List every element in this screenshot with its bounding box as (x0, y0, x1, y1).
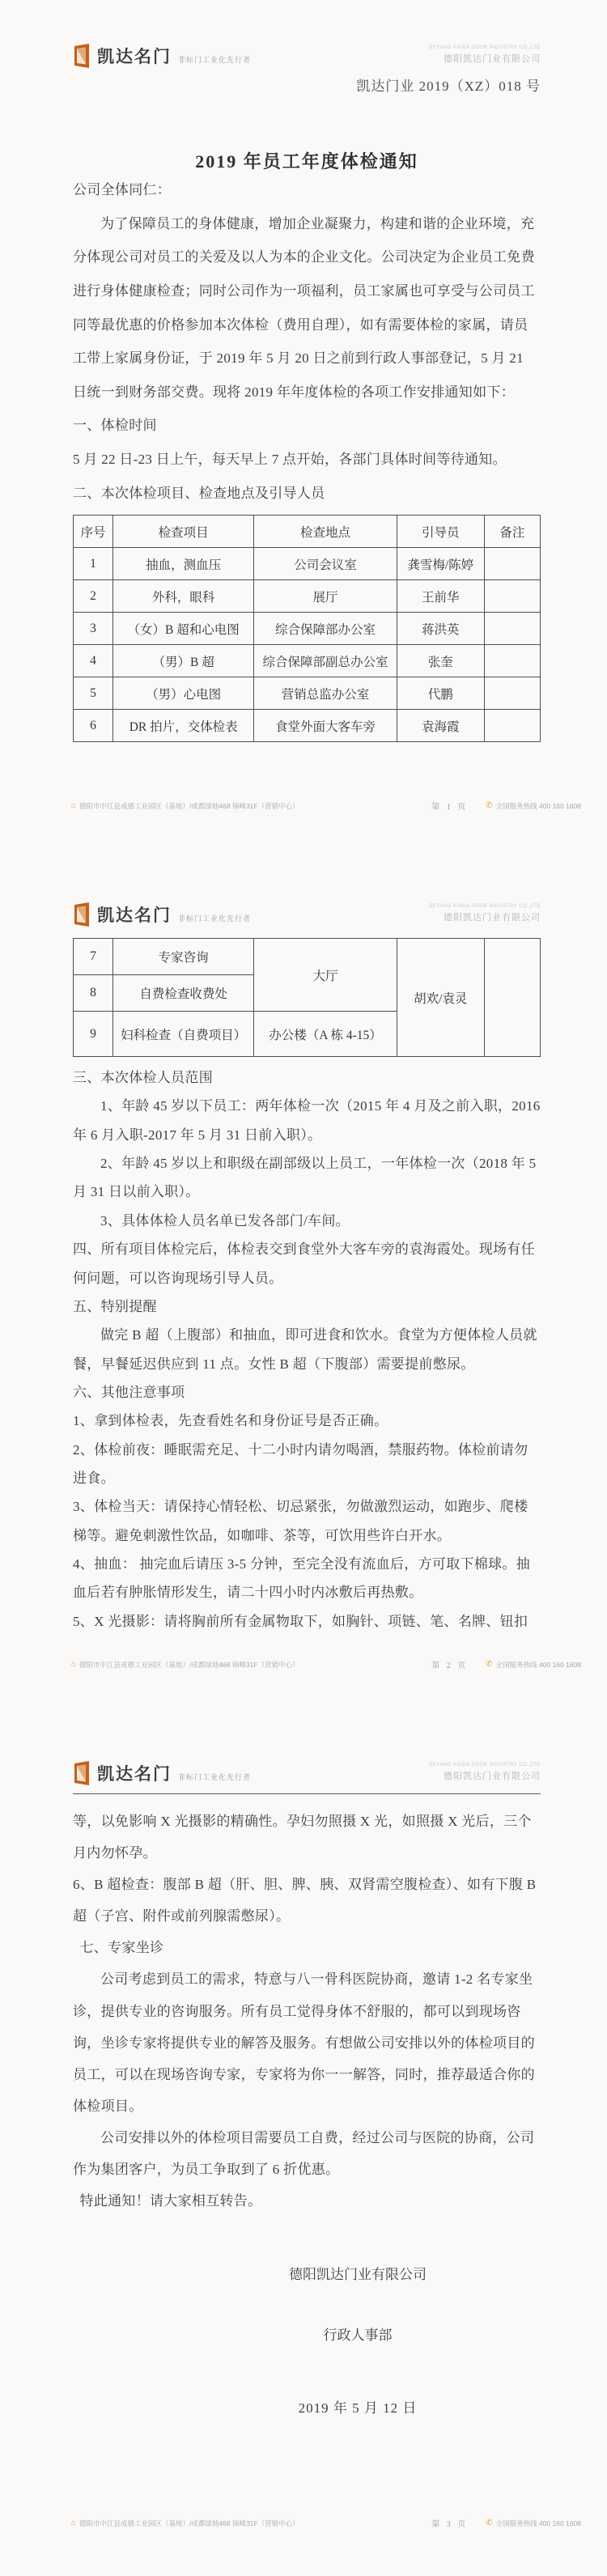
footer-hotline: ✆ 全国服务热线 400 160 1608 (486, 1660, 581, 1670)
brand-tagline: 非标门工业化先行者 (178, 54, 251, 65)
section6-item5-part1: 5、X 光摄影：请将胸前所有金属物取下，如胸针、项链、笔、名牌、钮扣 (73, 1607, 541, 1636)
checkup-table-page2: 7 专家咨询 大厅 胡欢/袁灵 8 自费检查收费处 9 妇科检查（自费项目） 办… (73, 938, 541, 1057)
phone-icon: ✆ (486, 802, 492, 810)
table-cell: 办公楼（A 栋 4-15） (254, 1012, 397, 1057)
table-cell: 综合保障部办公室 (254, 613, 397, 645)
door-logo-icon (73, 44, 91, 68)
letterhead-company-cn: 德阳凯达门业有限公司 (429, 910, 541, 923)
table-cell: 张奎 (397, 645, 484, 677)
table-header-cell: 检查项目 (113, 516, 254, 548)
section3-item3: 3、具体体检人员名单已发各部门/车间。 (73, 1207, 541, 1235)
door-logo-icon (73, 902, 91, 927)
table-cell: 自费检查收费处 (113, 975, 254, 1012)
section5-paragraph: 做完 B 超（上腹部）和抽血，即可进食和饮水。食堂为方便体检人员就餐，早餐延迟供… (73, 1321, 541, 1378)
salutation: 公司全体同仁： (73, 173, 541, 207)
section6-item4: 4、抽血： 抽完血后请压 3-5 分钟，至完全没有流血后，方可取下棉球。抽血后若… (73, 1550, 541, 1607)
document-page-3: 凯达名门 非标门工业化先行者 DEYANG KAIDA DOOR INDUSTR… (0, 1717, 607, 2576)
table-cell-merged: 大厅 (254, 939, 397, 1012)
brand-tagline: 非标门工业化先行者 (178, 1772, 251, 1782)
footer-page-number: 第 1 页 (431, 800, 468, 812)
signature-block: 德阳凯达门业有限公司 行政人事部 2019 年 5 月 12 日 (244, 2264, 471, 2419)
section2-heading: 二、本次体检项目、检查地点及引导人员 (73, 477, 541, 511)
signature-date: 2019 年 5 月 12 日 (244, 2397, 471, 2419)
brand-logo: 凯达名门 非标门工业化先行者 (73, 902, 251, 927)
section6-item1: 1、拿到体检表，先查看姓名和身份证号是否正确。 (73, 1407, 541, 1435)
table-row: 3 （女）B 超和心电图 综合保障部办公室 蒋洪英 (74, 613, 541, 645)
table-cell: 5 (74, 677, 113, 710)
table-header-cell: 引导员 (397, 516, 484, 548)
letterhead: 凯达名门 非标门工业化先行者 DEYANG KAIDA DOOR INDUSTR… (0, 0, 607, 68)
letterhead-company-en: DEYANG KAIDA DOOR INDUSTRY CO.,LTD (429, 45, 541, 50)
table-cell: 蒋洪英 (397, 613, 484, 645)
letterhead-company-cn: 德阳凯达门业有限公司 (429, 52, 541, 65)
table-cell (484, 645, 540, 677)
table-cell: 8 (74, 975, 113, 1012)
section7-paragraph1: 公司考虑到员工的需求，特意与八一骨科医院协商，邀请 1-2 名专家坐诊，提供专业… (73, 1963, 541, 2121)
footer-address: ⌂ 德阳市中江县成德工业园区（基地）/成都绿地468 锦峰31F（营销中心） (71, 801, 431, 811)
document-page-2: 凯达名门 非标门工业化先行者 DEYANG KAIDA DOOR INDUSTR… (0, 859, 607, 1717)
footer-hotline: ✆ 全国服务热线 400 160 1608 (486, 2519, 581, 2528)
page-footer: ⌂ 德阳市中江县成德工业园区（基地）/成都绿地468 锦峰31F（营销中心） 第… (0, 800, 607, 812)
section6-heading: 六、其他注意事项 (73, 1378, 541, 1407)
table-cell: 6 (74, 710, 113, 742)
section6-item2: 2、体检前夜：睡眠需充足、十二小时内请勿喝酒，禁服药物。体检前请勿进食。 (73, 1436, 541, 1493)
table-cell: 7 (74, 939, 113, 975)
footer-hotline: ✆ 全国服务热线 400 160 1608 (486, 801, 581, 811)
brand-tagline: 非标门工业化先行者 (178, 913, 251, 923)
section6-item6: 6、B 超检查：腹部 B 超（肝、胆、脾、胰、双肾需空腹检查）、如有下腹 B 超… (73, 1869, 541, 1932)
table-header-cell: 检查地点 (254, 516, 397, 548)
document-page-1: 凯达名门 非标门工业化先行者 DEYANG KAIDA DOOR INDUSTR… (0, 0, 607, 859)
table-cell: 龚雪梅/陈婷 (397, 548, 484, 580)
table-cell: （女）B 超和心电图 (113, 613, 254, 645)
section3-heading: 三、本次体检人员范围 (73, 1063, 541, 1092)
table-header-cell: 序号 (74, 516, 113, 548)
table-cell: 王前华 (397, 580, 484, 613)
intro-paragraph: 为了保障员工的身体健康，增加企业凝聚力，构建和谐的企业环境，充分体现公司对员工的… (73, 207, 541, 410)
document-number: 凯达门业 2019（XZ）018 号 (73, 74, 541, 95)
door-logo-icon (73, 1761, 91, 1785)
table-cell: 妇科检查（自费项目） (113, 1012, 254, 1057)
table-cell (484, 580, 540, 613)
brand-logo: 凯达名门 非标门工业化先行者 (73, 1761, 251, 1785)
section3-item2: 2、年龄 45 岁以上和职级在副部级以上员工，一年体检一次（2018 年 5 月… (73, 1149, 541, 1207)
table-cell: 食堂外面大客车旁 (254, 710, 397, 742)
table-row: 7 专家咨询 大厅 胡欢/袁灵 (74, 939, 541, 975)
signature-department: 行政人事部 (244, 2324, 471, 2346)
letterhead-company: DEYANG KAIDA DOOR INDUSTRY CO.,LTD 德阳凯达门… (429, 904, 541, 923)
letterhead-company: DEYANG KAIDA DOOR INDUSTRY CO.,LTD 德阳凯达门… (429, 1763, 541, 1782)
table-cell: （男）心电图 (113, 677, 254, 710)
page-footer: ⌂ 德阳市中江县成德工业园区（基地）/成都绿地468 锦峰31F（营销中心） 第… (0, 2517, 607, 2529)
document-title: 2019 年员工年度体检通知 (73, 148, 541, 173)
brand-logo: 凯达名门 非标门工业化先行者 (73, 44, 251, 68)
home-icon: ⌂ (71, 2519, 76, 2527)
table-cell (484, 548, 540, 580)
phone-icon: ✆ (486, 1661, 492, 1669)
table-cell: 1 (74, 548, 113, 580)
section4-paragraph: 四、所有项目体检完后，体检表交到食堂外大客车旁的袁海霞处。现场有任何问题，可以咨… (73, 1235, 541, 1292)
table-row: 6 DR 拍片，交体检表 食堂外面大客车旁 袁海霞 (74, 710, 541, 742)
section7-heading: 七、专家坐诊 (73, 1932, 541, 1963)
checkup-table-page1: 序号 检查项目 检查地点 引导员 备注 1 抽血，测血压 公司会议室 龚雪梅/陈… (73, 515, 541, 742)
table-cell: 2 (74, 580, 113, 613)
letterhead-company-en: DEYANG KAIDA DOOR INDUSTRY CO.,LTD (429, 904, 541, 909)
table-row: 2 外科，眼科 展厅 王前华 (74, 580, 541, 613)
table-cell: 3 (74, 613, 113, 645)
footer-page-number: 第 3 页 (431, 2517, 468, 2529)
phone-icon: ✆ (486, 2519, 492, 2527)
section1-heading: 一、体检时间 (73, 409, 541, 443)
footer-address: ⌂ 德阳市中江县成德工业园区（基地）/成都绿地468 锦峰31F（营销中心） (71, 2519, 431, 2528)
brand-name: 凯达名门 (97, 44, 172, 68)
table-cell: 4 (74, 645, 113, 677)
table-header-cell: 备注 (484, 516, 540, 548)
section5-heading: 五、特别提醒 (73, 1292, 541, 1321)
table-row: 1 抽血，测血压 公司会议室 龚雪梅/陈婷 (74, 548, 541, 580)
letterhead: 凯达名门 非标门工业化先行者 DEYANG KAIDA DOOR INDUSTR… (0, 1717, 607, 1785)
section7-paragraph2: 公司安排以外的体检项目需要员工自费，经过公司与医院的协商，公司作为集团客户，为员… (73, 2122, 541, 2185)
letterhead-company-cn: 德阳凯达门业有限公司 (429, 1769, 541, 1782)
letterhead: 凯达名门 非标门工业化先行者 DEYANG KAIDA DOOR INDUSTR… (0, 859, 607, 927)
letterhead-company-en: DEYANG KAIDA DOOR INDUSTRY CO.,LTD (429, 1763, 541, 1768)
table-cell: 抽血，测血压 (113, 548, 254, 580)
table-row: 4 （男）B 超 综合保障部副总办公室 张奎 (74, 645, 541, 677)
table-cell: 代鹏 (397, 677, 484, 710)
table-cell (484, 677, 540, 710)
table-cell: 外科，眼科 (113, 580, 254, 613)
brand-name: 凯达名门 (97, 902, 172, 927)
section6-item5-part2: 等，以免影响 X 光摄影的精确性。孕妇勿照摄 X 光，如照摄 X 光后，三个月内… (73, 1806, 541, 1869)
table-cell: 专家咨询 (113, 939, 254, 975)
table-cell: 袁海霞 (397, 710, 484, 742)
table-cell-merged: 胡欢/袁灵 (397, 939, 484, 1057)
footer-address: ⌂ 德阳市中江县成德工业园区（基地）/成都绿地468 锦峰31F（营销中心） (71, 1660, 431, 1670)
table-cell (484, 710, 540, 742)
section1-paragraph: 5 月 22 日-23 日上午，每天早上 7 点开始，各部门具体时间等待通知。 (73, 443, 541, 477)
table-cell: 9 (74, 1012, 113, 1057)
home-icon: ⌂ (71, 802, 76, 810)
letterhead-rule (73, 1793, 541, 1794)
table-cell: 综合保障部副总办公室 (254, 645, 397, 677)
section6-item3: 3、体检当天：请保持心情轻松、切忌紧张，勿做激烈运动，如跑步、爬楼梯等。避免刺激… (73, 1492, 541, 1550)
table-cell: 营销总监办公室 (254, 677, 397, 710)
section3-item1: 1、年龄 45 岁以下员工：两年体检一次（2015 年 4 月及之前入职，201… (73, 1092, 541, 1149)
footer-page-number: 第 2 页 (431, 1658, 468, 1670)
brand-name: 凯达名门 (97, 1761, 172, 1785)
page-footer: ⌂ 德阳市中江县成德工业园区（基地）/成都绿地468 锦峰31F（营销中心） 第… (0, 1658, 607, 1670)
closing-line: 特此通知！请大家相互转告。 (73, 2185, 541, 2217)
table-cell: DR 拍片，交体检表 (113, 710, 254, 742)
table-cell: 展厅 (254, 580, 397, 613)
table-cell: （男）B 超 (113, 645, 254, 677)
home-icon: ⌂ (71, 1661, 76, 1669)
table-row: 5 （男）心电图 营销总监办公室 代鹏 (74, 677, 541, 710)
table-header-row: 序号 检查项目 检查地点 引导员 备注 (74, 516, 541, 548)
table-cell-merged (484, 939, 540, 1057)
table-cell (484, 613, 540, 645)
table-cell: 公司会议室 (254, 548, 397, 580)
signature-company: 德阳凯达门业有限公司 (244, 2264, 471, 2285)
letterhead-company: DEYANG KAIDA DOOR INDUSTRY CO.,LTD 德阳凯达门… (429, 45, 541, 65)
